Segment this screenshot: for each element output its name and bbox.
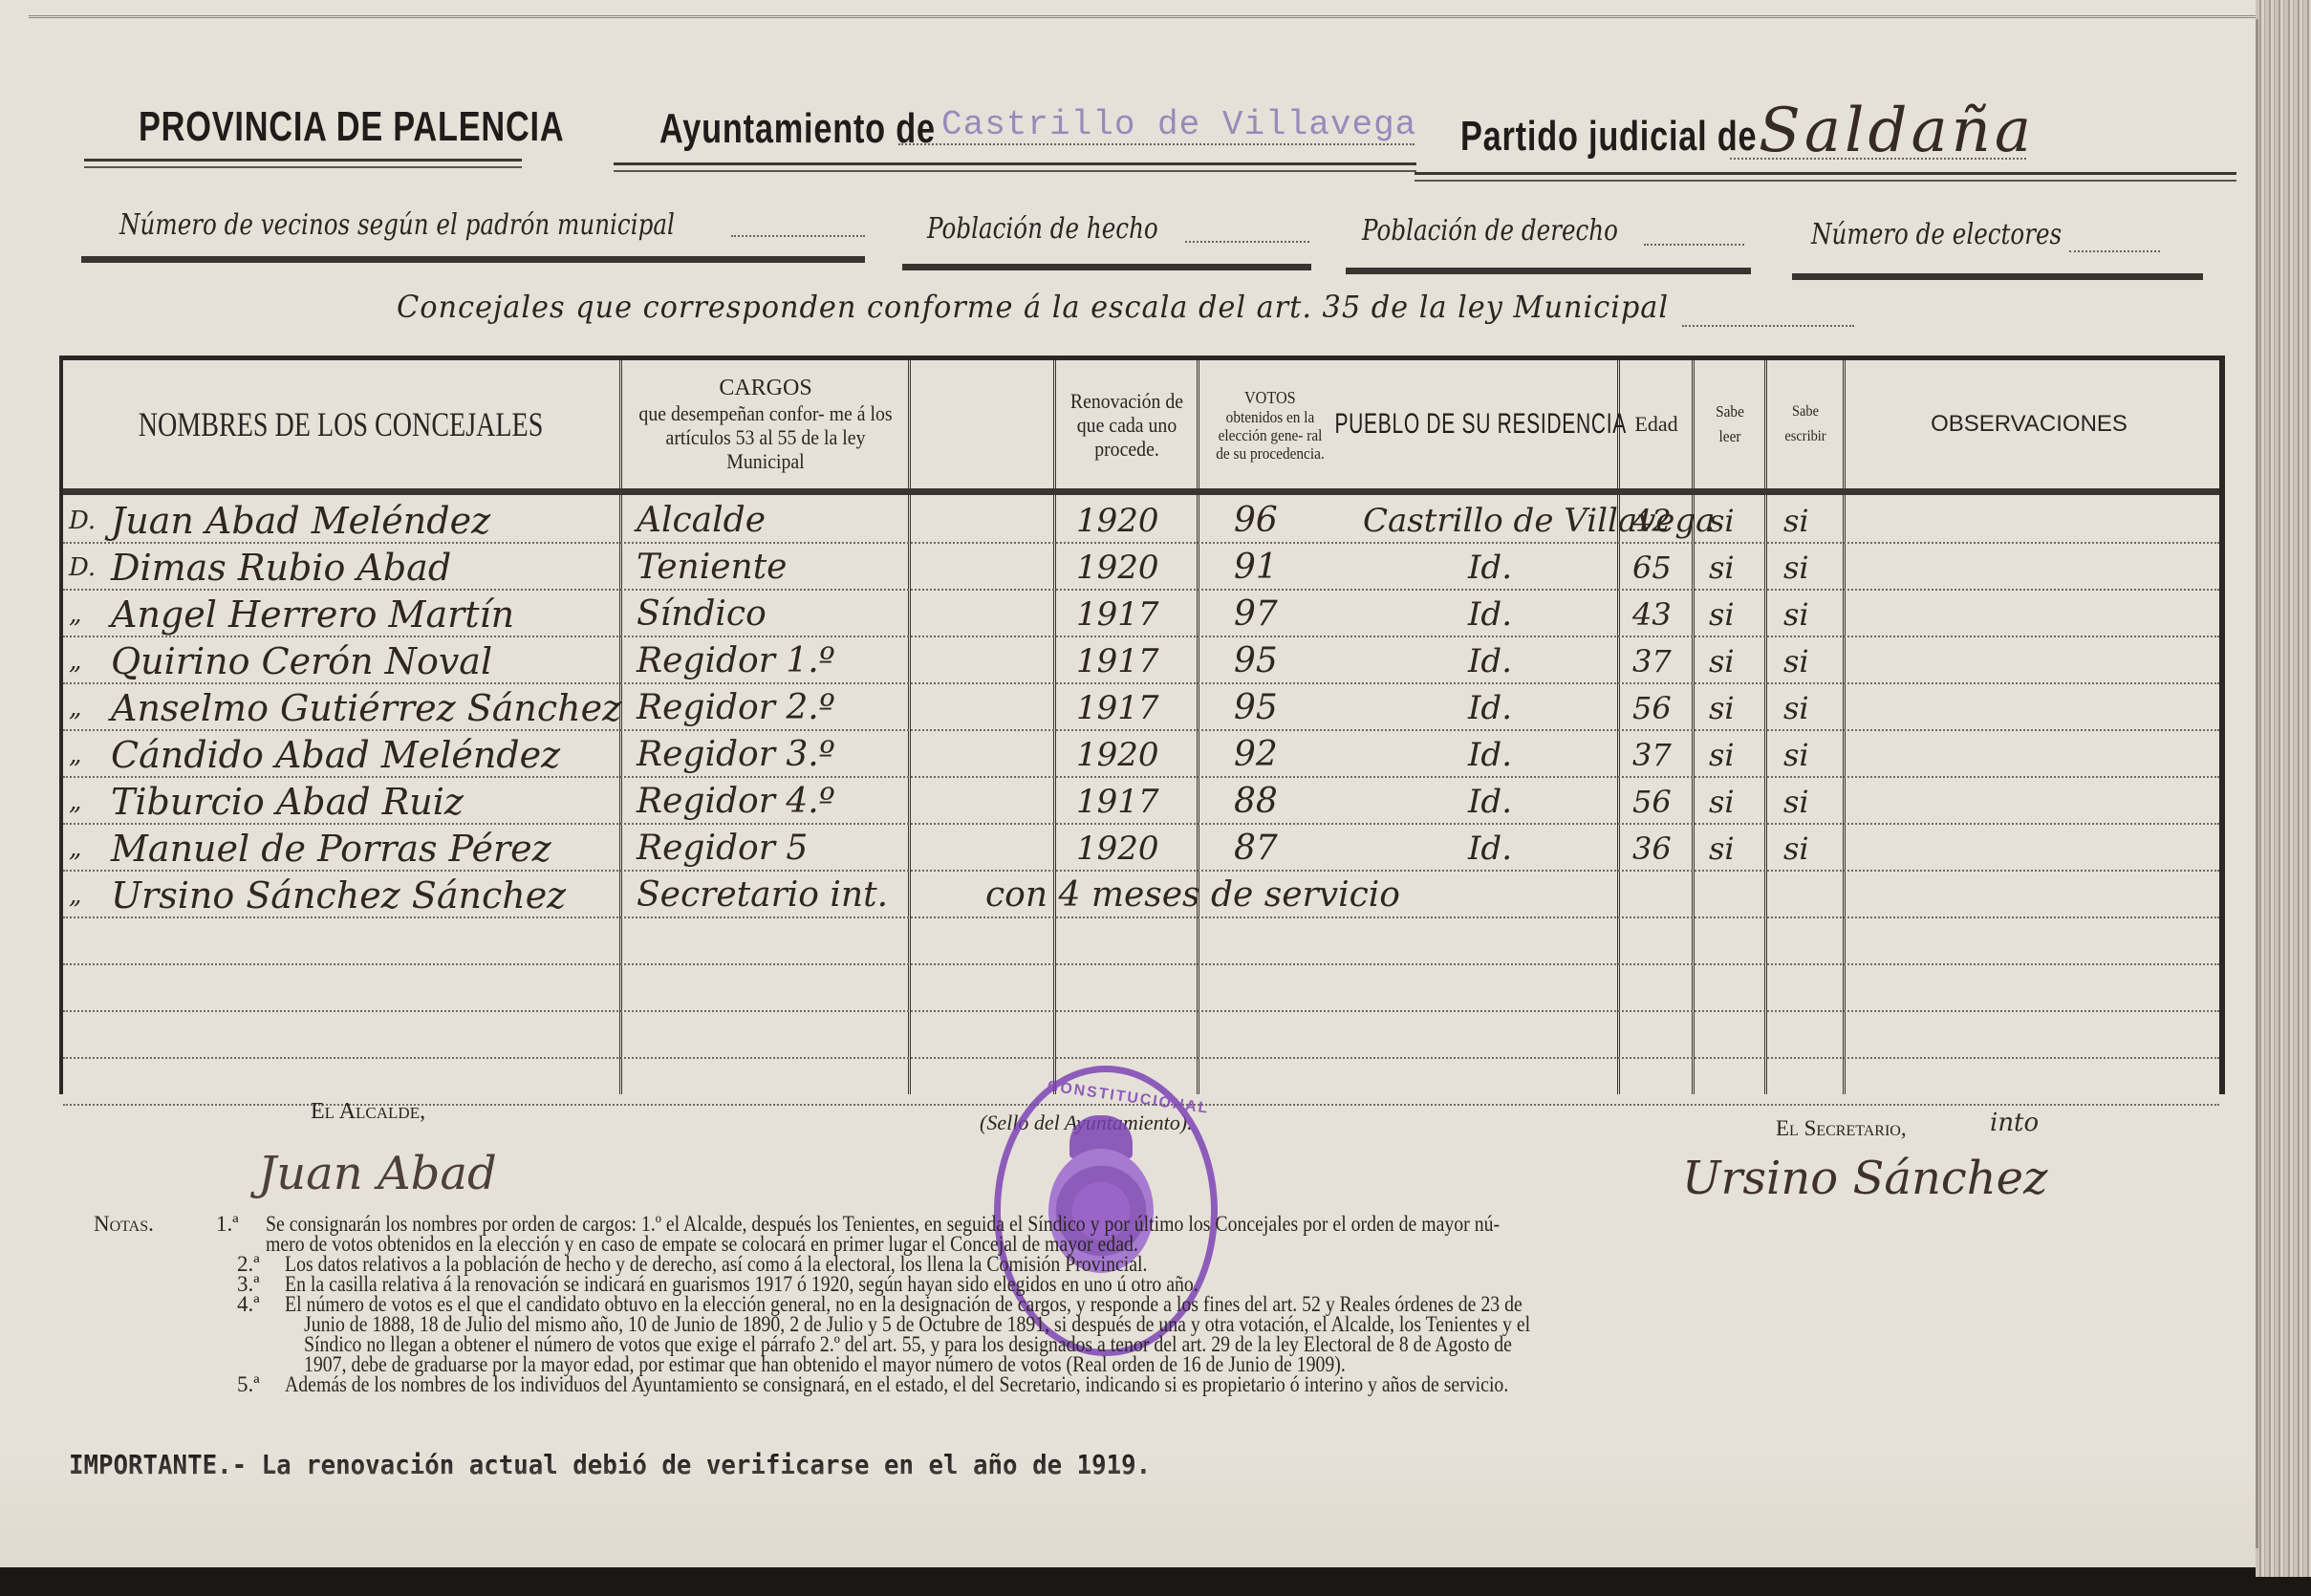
secretario-label: El Secretario, [1776,1116,1907,1141]
header-cargos: CARGOS que desempeñan confor- me á los a… [623,360,908,488]
cell-prefix[interactable]: D. [69,542,107,589]
document-page: PROVINCIA DE PALENCIA Ayuntamiento de Ca… [0,0,2275,1567]
cell-escribir[interactable]: si [1783,776,1836,823]
vecinos-field[interactable] [731,235,865,237]
header-escribir-text: Sabe escribir [1780,399,1831,449]
partido-dots [1730,158,2026,160]
note-1-num: 1.ª [216,1214,239,1234]
cell-prefix[interactable]: „ [69,729,107,776]
note-4-num: 4.ª [237,1294,260,1314]
derecho-field[interactable] [1644,244,1744,246]
cell-edad[interactable]: 37 [1632,729,1690,776]
cell-renovacion[interactable]: 1917 [1076,589,1191,636]
note-1-cont: mero de votos obtenidos en la elección y… [266,1234,1138,1254]
table-row: „Tiburcio Abad RuizRegidor 4.º191788Id.5… [63,776,2219,825]
derecho-label: Población de derecho [1362,214,1618,248]
cell-edad[interactable]: 56 [1632,776,1690,823]
cell-votos[interactable]: 88 [1234,776,1339,823]
cell-votos[interactable]: 91 [1234,542,1339,589]
header-votos-sub: obtenidos en la elección gene- ral de su… [1210,408,1330,463]
cell-leer[interactable]: si [1709,542,1761,589]
cell-votos[interactable]: 95 [1234,636,1339,682]
cell-edad[interactable]: 42 [1632,495,1690,542]
header-renovacion-text: Renovación de que cada uno procede. [1067,389,1187,461]
cell-cargo[interactable]: Regidor 1.º [637,636,904,682]
cell-votos[interactable]: 92 [1234,729,1339,776]
cell-prefix[interactable]: D. [69,495,107,542]
table-row: „Quirino Cerón NovalRegidor 1.º191795Id.… [63,636,2219,684]
partido-label: Partido judicial de [1460,113,1757,161]
cell-prefix[interactable]: „ [69,636,107,682]
note-5-num: 5.ª [237,1374,260,1394]
alcalde-signature: Juan Abad [258,1147,497,1200]
electores-rule [1792,273,2203,280]
cell-observaciones[interactable] [1860,495,2204,542]
page-top-edge [29,0,2256,18]
concejales-label: Concejales que corresponden conforme á l… [397,289,1669,325]
page-fold [2256,19,2258,1548]
header-leer-text: Sabe leer [1704,399,1756,449]
cell-votos[interactable]: 87 [1234,823,1339,870]
cell-nombre[interactable]: Tiburcio Abad Ruiz [111,776,617,823]
cell-observaciones[interactable] [1860,870,2204,917]
header-nombres: NOMBRES DE LOS CONCEJALES [63,360,619,488]
cell-prefix[interactable]: „ [69,776,107,823]
header-rule [63,488,2219,495]
cell-cargo[interactable]: Secretario int. [637,870,904,917]
book-page-edges [2256,0,2311,1577]
cell-escribir[interactable]: si [1783,636,1836,682]
alcalde-label: El Alcalde, [311,1099,425,1125]
cell-nombre[interactable]: Cándido Abad Meléndez [111,729,617,776]
ayuntamiento-dots [898,143,1415,145]
table-row: D.Juan Abad MeléndezAlcalde192096Castril… [63,495,2219,544]
cell-votos[interactable]: 95 [1234,682,1339,729]
header-observaciones-text: OBSERVACIONES [1931,411,2127,438]
cell-prefix[interactable]: „ [69,870,107,917]
table-row [63,1010,2219,1059]
header-edad: Edad [1621,360,1692,488]
note-3-text: En la casilla relativa á la renovación s… [285,1274,1199,1294]
header-cargos-sub: que desempeñan confor- me á los artículo… [637,401,895,473]
cell-renovacion[interactable]: 1920 [1076,495,1191,542]
cell-escribir[interactable]: si [1783,542,1836,589]
header-pueblo-text: PUEBLO DE SU RESIDENCIA [1334,408,1627,441]
secretario-signature: Ursino Sánchez [1682,1152,2047,1205]
cell-nombre[interactable]: Juan Abad Meléndez [111,495,617,542]
cell-observaciones[interactable] [1860,636,2204,682]
cell-cargo[interactable]: Síndico [637,589,904,636]
table-row: „Angel Herrero MartínSíndico191797Id.43s… [63,589,2219,637]
cell-leer[interactable]: si [1709,495,1761,542]
cell-votos[interactable]: 96 [1234,495,1339,542]
cell-leer[interactable]: si [1709,682,1761,729]
partido-value[interactable]: Saldaña [1759,96,2035,166]
concejales-table: NOMBRES DE LOS CONCEJALES CARGOS que des… [59,356,2225,1094]
note-4-cont: Junio de 1888, 18 de Julio del mismo año… [304,1314,1530,1334]
cell-edad[interactable] [1632,870,1690,917]
cell-nombre[interactable]: Angel Herrero Martín [111,589,617,636]
cell-prefix[interactable]: „ [69,682,107,729]
header-votos-title: VOTOS [1244,387,1296,408]
cell-escribir[interactable]: si [1783,729,1836,776]
cell-cargo[interactable]: Teniente [637,542,904,589]
cell-escribir[interactable] [1783,870,1836,917]
cell-renovacion[interactable]: 1920 [1076,823,1191,870]
ayuntamiento-label: Ayuntamiento de [659,105,936,153]
provincia-title: PROVINCIA DE PALENCIA [139,103,564,151]
cell-prefix[interactable]: „ [69,823,107,870]
cell-edad[interactable]: 36 [1632,823,1690,870]
table-row [63,917,2219,965]
cell-cargo[interactable]: Regidor 5 [637,823,904,870]
concejales-field[interactable] [1682,325,1854,327]
note-5-text: Además de los nombres de los individuos … [285,1374,1508,1394]
header-escribir: Sabe escribir [1768,360,1843,488]
header-renovacion: Renovación de que cada uno procede. [1057,360,1197,488]
cell-leer[interactable] [1709,870,1761,917]
cell-escribir[interactable]: si [1783,589,1836,636]
cell-cargo[interactable]: Regidor 4.º [637,776,904,823]
vecinos-label: Número de vecinos según el padrón munici… [119,208,675,242]
cell-renovacion[interactable]: 1917 [1076,636,1191,682]
notes-title: Notas. [94,1214,154,1234]
cell-edad[interactable]: 56 [1632,682,1690,729]
cell-cargo[interactable]: Regidor 2.º [637,682,904,729]
cell-observaciones[interactable] [1860,776,2204,823]
table-row: D.Dimas Rubio AbadTeniente192091Id.65sis… [63,542,2219,591]
cell-nombre[interactable]: Dimas Rubio Abad [111,542,617,589]
secretario-note: into [1990,1109,2039,1137]
cell-renovacion[interactable]: 1917 [1076,776,1191,823]
cell-cargo[interactable]: Regidor 3.º [637,729,904,776]
note-3-num: 3.ª [237,1274,260,1294]
header-observaciones: OBSERVACIONES [1847,360,2212,488]
cell-renovacion[interactable]: 1920 [1076,729,1191,776]
table-row: „Ursino Sánchez SánchezSecretario int.co… [63,870,2219,918]
table-row: „Manuel de Porras PérezRegidor 5192087Id… [63,823,2219,872]
cell-escribir[interactable]: si [1783,823,1836,870]
note-4-text: El número de votos es el que el candidat… [285,1294,1523,1314]
cell-renovacion[interactable]: 1917 [1076,682,1191,729]
hecho-rule [902,264,1311,270]
cell-edad[interactable]: 37 [1632,636,1690,682]
note-4-cont3: 1907, debe de graduarse por la mayor eda… [304,1354,1346,1374]
cell-escribir[interactable]: si [1783,495,1836,542]
cell-edad[interactable]: 65 [1632,542,1690,589]
cell-observaciones[interactable] [1860,729,2204,776]
note-4-cont2: Síndico no llegan a obtener el número de… [304,1334,1512,1354]
table-row: „Anselmo Gutiérrez SánchezRegidor 2.º191… [63,682,2219,731]
cell-leer[interactable]: si [1709,823,1761,870]
cell-observaciones[interactable] [1860,589,2204,636]
hecho-field[interactable] [1185,241,1309,243]
note-2-text: Los datos relativos a la población de he… [285,1254,1147,1274]
cell-nombre[interactable]: Ursino Sánchez Sánchez [111,870,617,917]
cell-leer[interactable]: si [1709,729,1761,776]
cell-edad[interactable]: 43 [1632,589,1690,636]
cell-pueblo[interactable]: Castrillo de Villavega [1363,495,1611,542]
table-row [63,963,2219,1012]
cell-cargo[interactable]: Alcalde [637,495,904,542]
cell-leer[interactable]: si [1709,636,1761,682]
derecho-rule [1346,268,1751,274]
cell-observaciones[interactable] [1860,682,2204,729]
cell-observaciones[interactable] [1860,542,2204,589]
table-row: „Cándido Abad MeléndezRegidor 3.º192092I… [63,729,2219,778]
cell-escribir[interactable]: si [1783,682,1836,729]
cell-nombre[interactable]: Quirino Cerón Noval [111,636,617,682]
header-cargos-title: CARGOS [719,376,811,401]
header-edad-text: Edad [1634,412,1677,437]
cell-leer[interactable]: si [1709,589,1761,636]
cell-prefix[interactable]: „ [69,589,107,636]
partido-rule [1415,172,2236,182]
header-pueblo: PUEBLO DE SU RESIDENCIA [1344,360,1617,488]
cell-observaciones[interactable] [1860,823,2204,870]
importante-note: IMPORTANTE.- La renovación actual debió … [69,1449,1151,1480]
cell-nombre[interactable]: Anselmo Gutiérrez Sánchez [111,682,617,729]
provincia-rule [84,159,522,168]
cell-nombre[interactable]: Manuel de Porras Pérez [111,823,617,870]
header-votos: VOTOS obtenidos en la elección gene- ral… [1200,360,1340,488]
vecinos-rule [81,256,865,263]
note-1-text: Se consignarán los nombres por orden de … [266,1214,1500,1234]
note-2-num: 2.ª [237,1254,260,1274]
electores-field[interactable] [2069,250,2160,252]
cell-votos[interactable]: 97 [1234,589,1339,636]
electores-label: Número de electores [1811,218,2062,251]
header-leer: Sabe leer [1695,360,1764,488]
cell-renovacion[interactable]: 1920 [1076,542,1191,589]
hecho-label: Población de hecho [927,212,1158,246]
header-nombres-text: NOMBRES DE LOS CONCEJALES [139,404,544,444]
cell-leer[interactable]: si [1709,776,1761,823]
ayuntamiento-rule [614,162,1416,172]
ayuntamiento-value[interactable]: Castrillo de Villavega [941,105,1416,144]
